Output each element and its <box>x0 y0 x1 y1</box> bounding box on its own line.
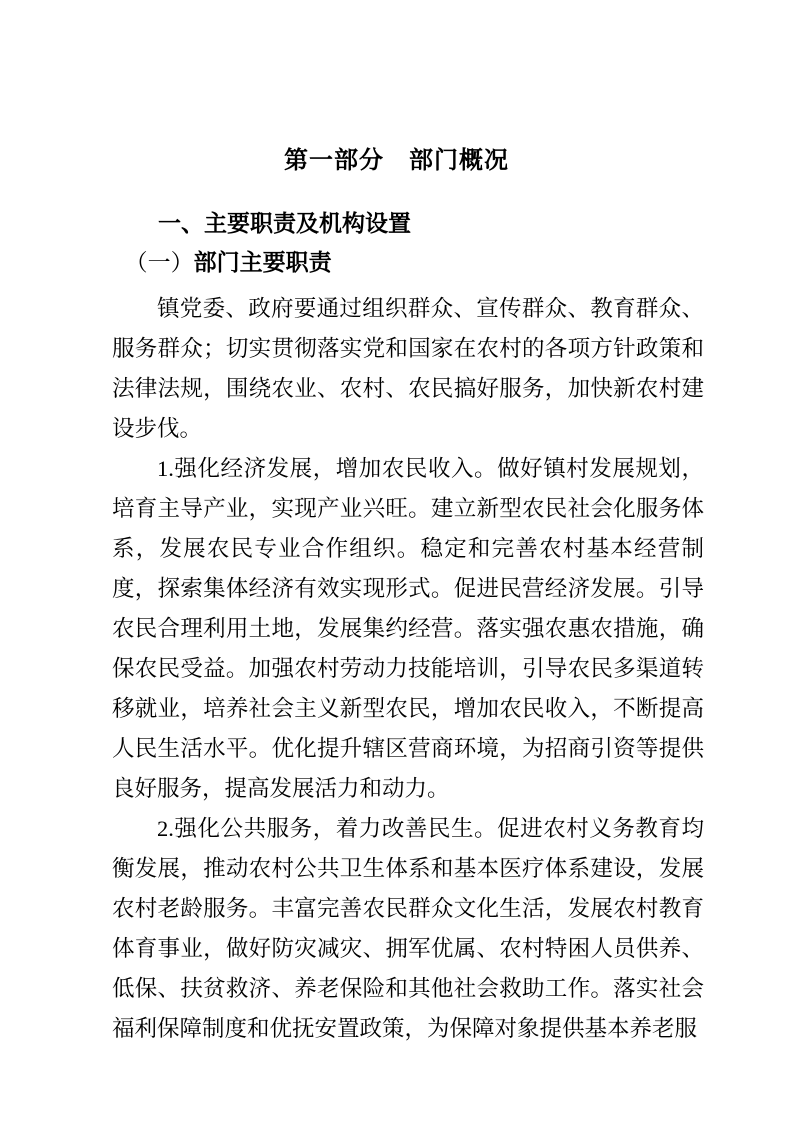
subsection-title: 部门主要职责 <box>194 250 332 275</box>
body-paragraph-item-2-public-services: 2.强化公共服务，着力改善民生。促进农村义务教育均衡发展，推动农村公共卫生体系和… <box>112 809 704 1049</box>
body-paragraph-item-1-economy: 1.强化经济发展，增加农民收入。做好镇村发展规划，培育主导产业，实现产业兴旺。建… <box>112 449 704 809</box>
document-title: 第一部分 部门概况 <box>0 0 793 176</box>
body-paragraph-intro: 镇党委、政府要通过组织群众、宣传群众、教育群众、服务群众；切实贯彻落实党和国家在… <box>112 289 704 449</box>
document-page: 第一部分 部门概况 一、主要职责及机构设置 （一）部门主要职责 镇党委、政府要通… <box>0 0 793 1122</box>
subsection-number: （一） <box>125 250 194 275</box>
subsection-heading-department-duties: （一）部门主要职责 <box>112 248 704 278</box>
section-heading-main-duties-and-structure: 一、主要职责及机构设置 <box>112 209 704 239</box>
